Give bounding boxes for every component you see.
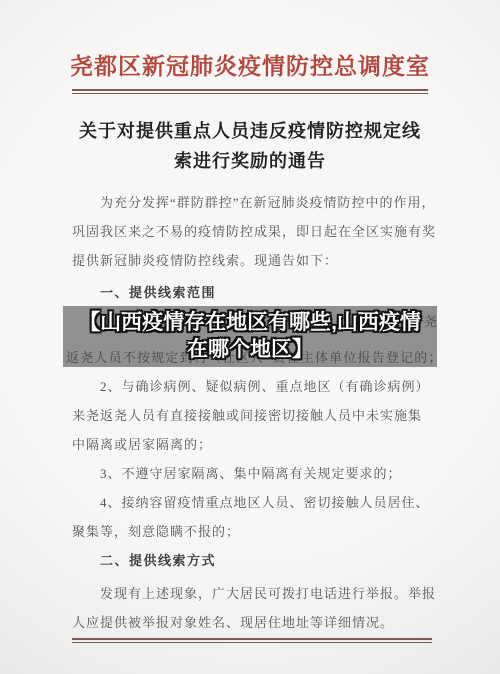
issuing-office-header: 尧都区新冠肺炎疫情防控总调度室: [0, 52, 500, 80]
item-4-line: 4、接纳容留疫情重点地区人员、密切接触人员居住、: [72, 488, 440, 517]
item-3-line: 3、不遵守居家隔离、集中隔离有关规定要求的；: [72, 459, 440, 488]
item-4-line: 聚集等，刻意隐瞒不报的；: [72, 517, 440, 546]
section-2-heading: 二、提供线索方式: [72, 546, 440, 575]
notice-title: 关于对提供重点人员违反疫情防控规定线 索进行奖励的通告: [0, 116, 500, 176]
item-2-line: 2、与确诊病例、疑似病例、重点地区（有确诊病例）: [72, 372, 440, 401]
bottom-double-rule: [72, 638, 432, 643]
notice-title-line-2: 索进行奖励的通告: [0, 146, 500, 176]
intro-line: 为充分发挥“群防群控”在新冠肺炎疫情防控中的作用，: [72, 188, 440, 217]
notice-title-line-1: 关于对提供重点人员违反疫情防控规定线: [0, 116, 500, 146]
header-double-rule: [72, 89, 428, 94]
section-1-heading: 一、提供线索范围: [72, 278, 440, 307]
item-2-line: 中隔离或居家隔离的；: [72, 430, 440, 459]
intro-line: 提供新冠肺炎疫情防控线索。现通告如下：: [72, 246, 440, 275]
item-2-line: 来尧返尧人员有直接接触或间接密切接触人员中未实施集: [72, 401, 440, 430]
caption-text: 【山西疫情存在地区有哪些,山西疫情 在哪个地区】: [63, 306, 437, 367]
report-method-line: 人应提供被举报对象姓名、现居住地址等详细情况。: [72, 608, 440, 637]
caption-line-1: 【山西疫情存在地区有哪些,山西疫情: [63, 309, 437, 336]
report-method-line: 发现有上述现象，广大居民可拨打电话进行举报。举报: [72, 579, 440, 608]
caption-line-2: 在哪个地区】: [63, 336, 437, 363]
notice-body: 为充分发挥“群防群控”在新冠肺炎疫情防控中的作用， 巩固我区来之不易的疫情防控成…: [72, 188, 440, 643]
notice-photo: 尧都区新冠肺炎疫情防控总调度室 关于对提供重点人员违反疫情防控规定线 索进行奖励…: [0, 0, 500, 674]
intro-line: 巩固我区来之不易的疫情防控成果，即日起在全区实施有奖: [72, 217, 440, 246]
